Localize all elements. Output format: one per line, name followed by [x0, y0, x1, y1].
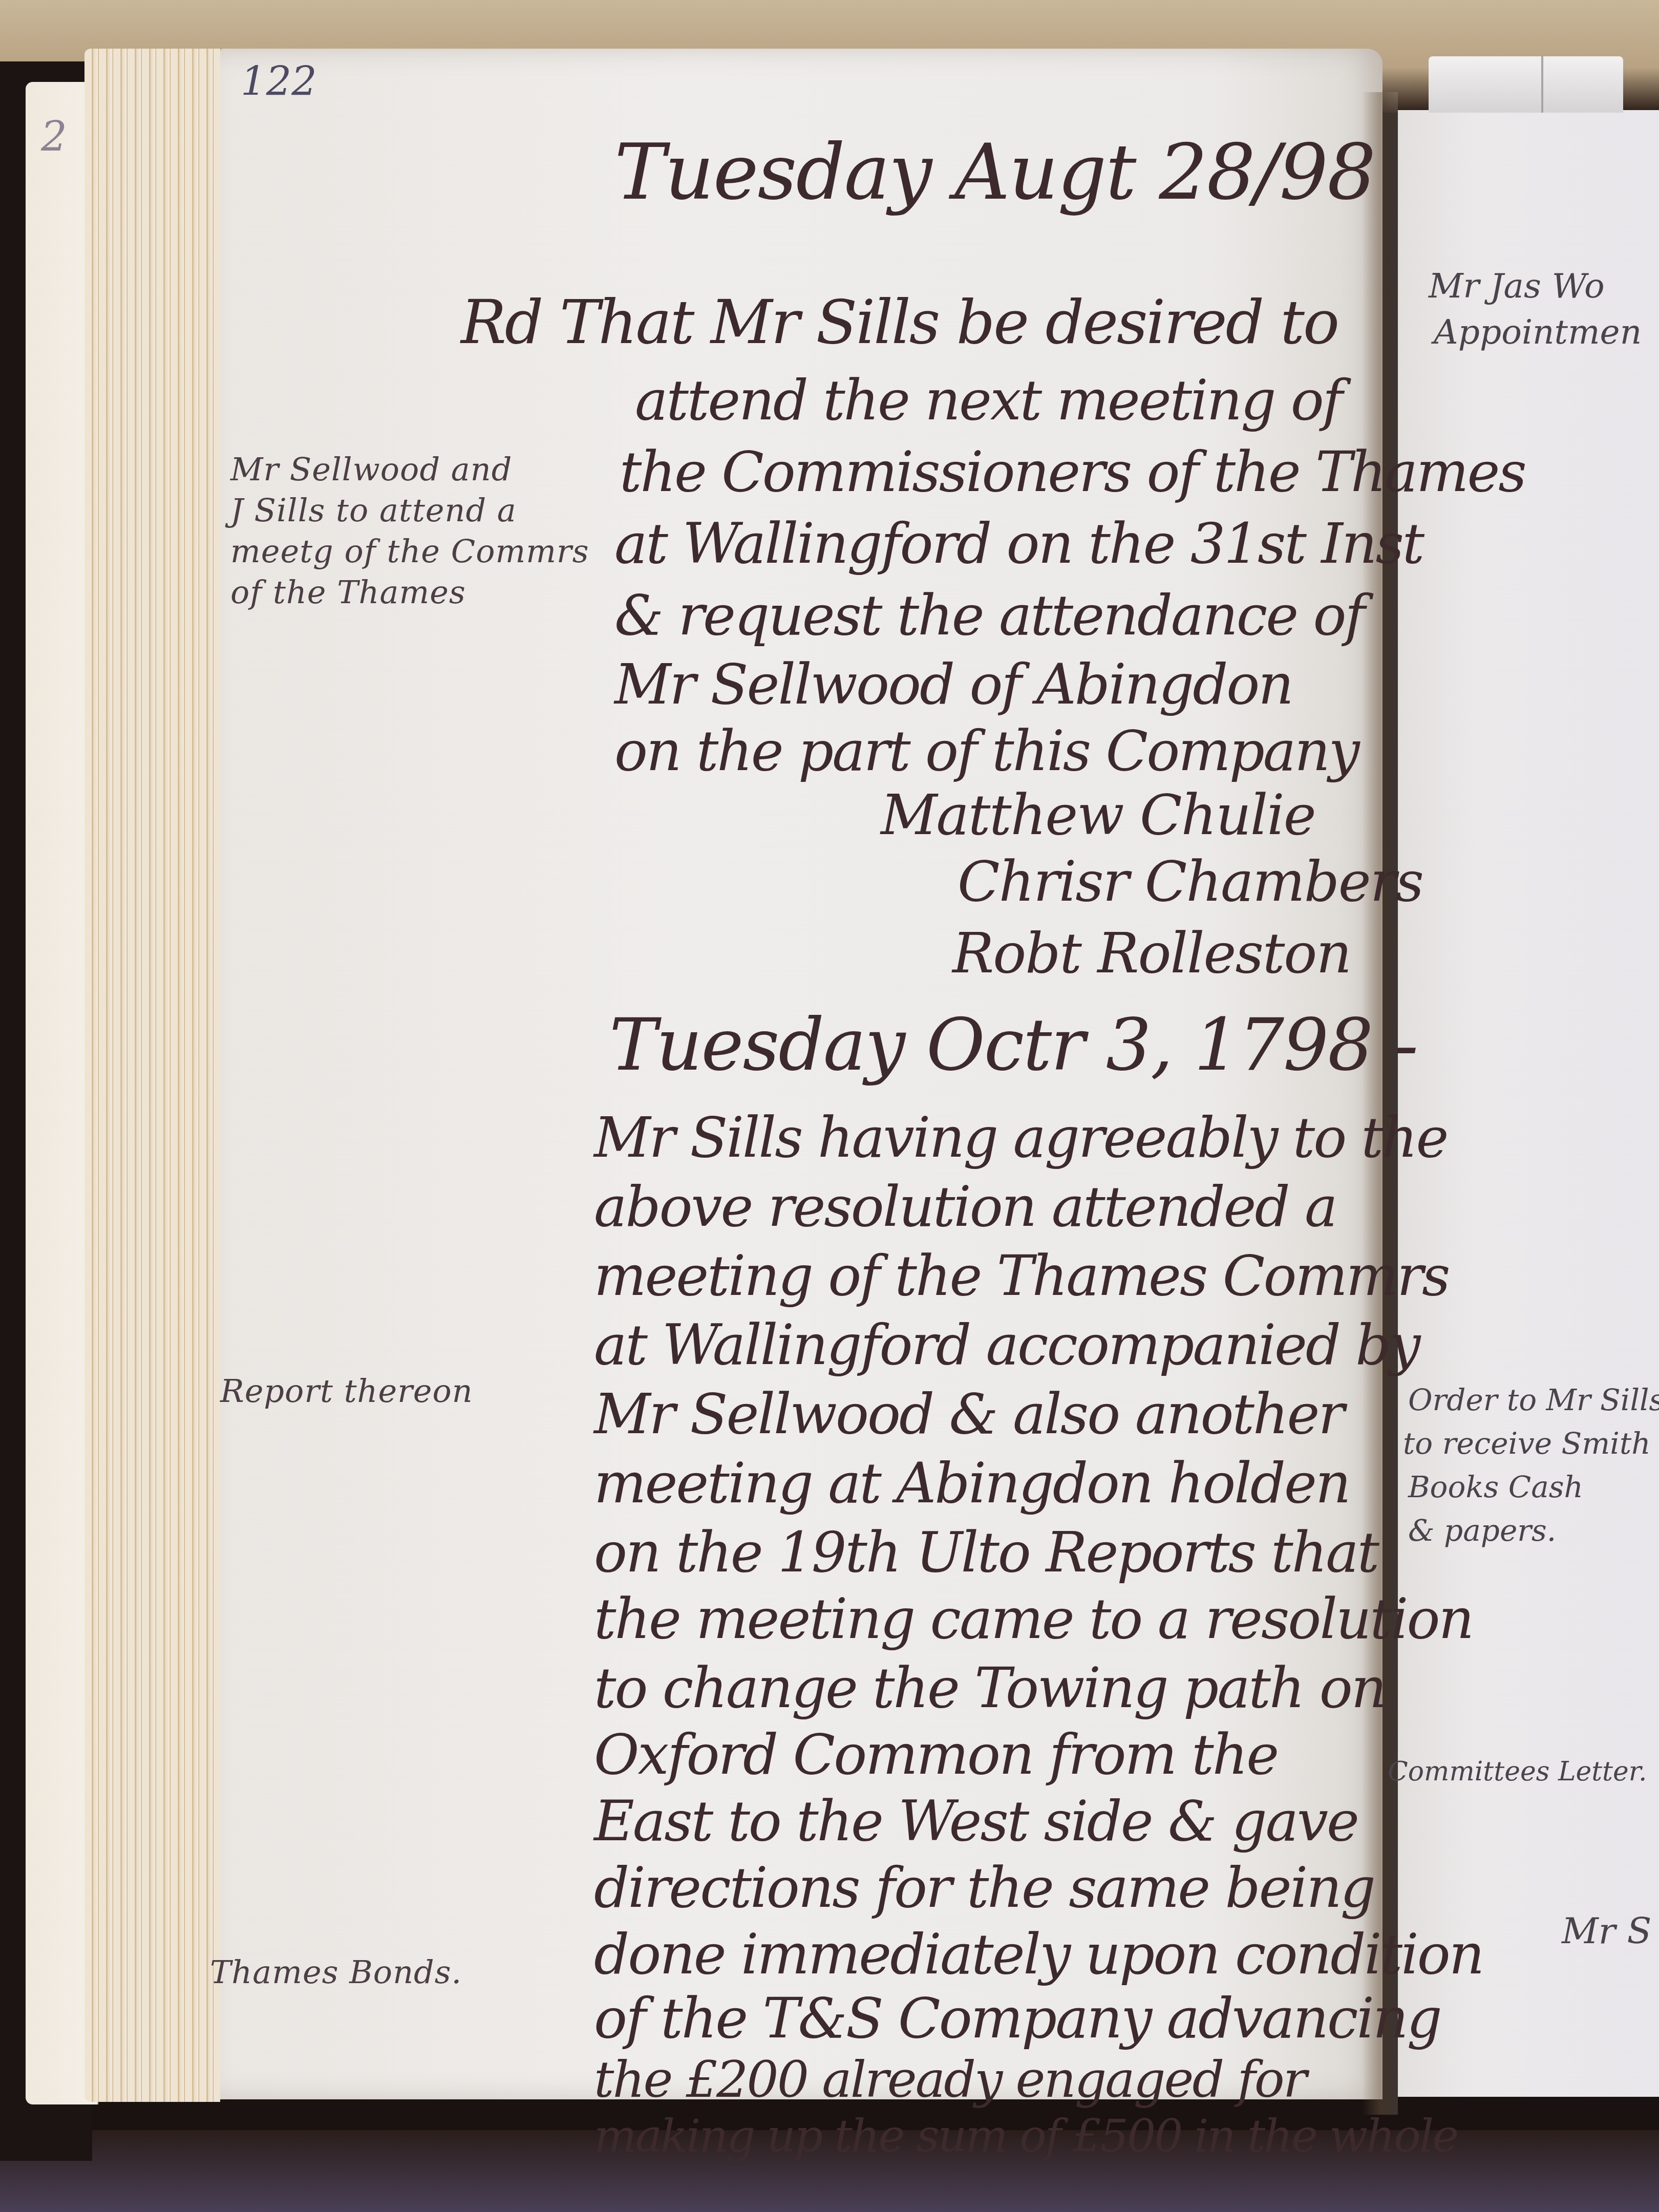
- book-gutter: [1362, 92, 1398, 2115]
- entry-line: on the part of this Company: [614, 719, 1358, 783]
- entry-heading: Tuesday Octr 3, 1798 -: [609, 1004, 1417, 1087]
- signature: Chrisr Chambers: [958, 850, 1423, 914]
- margin-note: Report thereon: [220, 1372, 473, 1410]
- entry-line: the £200 already engaged for: [594, 2051, 1306, 2109]
- right-page-note: Appointmen: [1434, 312, 1642, 352]
- margin-note: meetg of the Commrs: [230, 533, 589, 570]
- entry-line: above resolution attended a: [594, 1175, 1336, 1239]
- right-page-note: & papers.: [1408, 1513, 1556, 1548]
- right-page-note: Mr S: [1562, 1910, 1651, 1952]
- entry-line: to change the Towing path on: [594, 1656, 1385, 1720]
- right-page-note: Mr Jas Wo: [1429, 266, 1605, 306]
- entry-line: Mr Sellwood & also another: [594, 1382, 1343, 1447]
- entry-line: Rd That Mr Sills be desired to: [461, 287, 1338, 357]
- paper-clip-tab: [1429, 56, 1623, 113]
- entry-line: East to the West side & gave: [594, 1790, 1358, 1854]
- margin-note: Thames Bonds.: [210, 1953, 462, 1991]
- entry-line: meeting at Abingdon holden: [594, 1452, 1349, 1516]
- entry-line: attend the next meeting of: [635, 369, 1342, 433]
- entry-line: at Wallingford on the 31st Inst: [614, 512, 1423, 576]
- entry-line: Oxford Common from the: [594, 1723, 1278, 1787]
- page-edge-stack: [84, 49, 220, 2102]
- right-page-note: Committees Letter.: [1388, 1756, 1647, 1787]
- right-page-note: Order to Mr Sills: [1408, 1382, 1659, 1417]
- right-page-note: Books Cash: [1408, 1470, 1583, 1504]
- entry-line: of the T&S Company advancing: [594, 1987, 1441, 2051]
- entry-line: Mr Sellwood of Abingdon: [614, 653, 1292, 717]
- margin-note: of the Thames: [230, 573, 466, 611]
- signature: Matthew Chulie: [881, 783, 1315, 847]
- entry-line: & request the attendance of: [614, 584, 1364, 648]
- margin-note: Mr Sellwood and: [230, 451, 512, 488]
- entry-line: the meeting came to a resolution: [594, 1587, 1473, 1651]
- entry-line: directions for the same being: [594, 1856, 1374, 1920]
- right-page: [1398, 110, 1659, 2097]
- entry-heading: Tuesday Augt 28/98: [614, 128, 1375, 217]
- signature: Robt Rolleston: [952, 922, 1351, 986]
- entry-line: on the 19th Ulto Reports that: [594, 1521, 1378, 1585]
- entry-line: making up the sum of £500 in the whole: [594, 2110, 1457, 2162]
- right-page-note: to receive Smith: [1403, 1426, 1651, 1461]
- entry-line: done immediately upon condition: [594, 1923, 1483, 1987]
- entry-line: at Wallingford accompanied by: [594, 1313, 1419, 1377]
- entry-line: the Commissioners of the Thames: [620, 440, 1525, 504]
- entry-line: meeting of the Thames Commrs: [594, 1244, 1449, 1308]
- back-leaf-number: 2: [41, 113, 67, 160]
- entry-line: Mr Sills having agreeably to the: [594, 1106, 1447, 1170]
- page-number: 122: [241, 59, 317, 105]
- margin-note: J Sills to attend a: [230, 492, 517, 529]
